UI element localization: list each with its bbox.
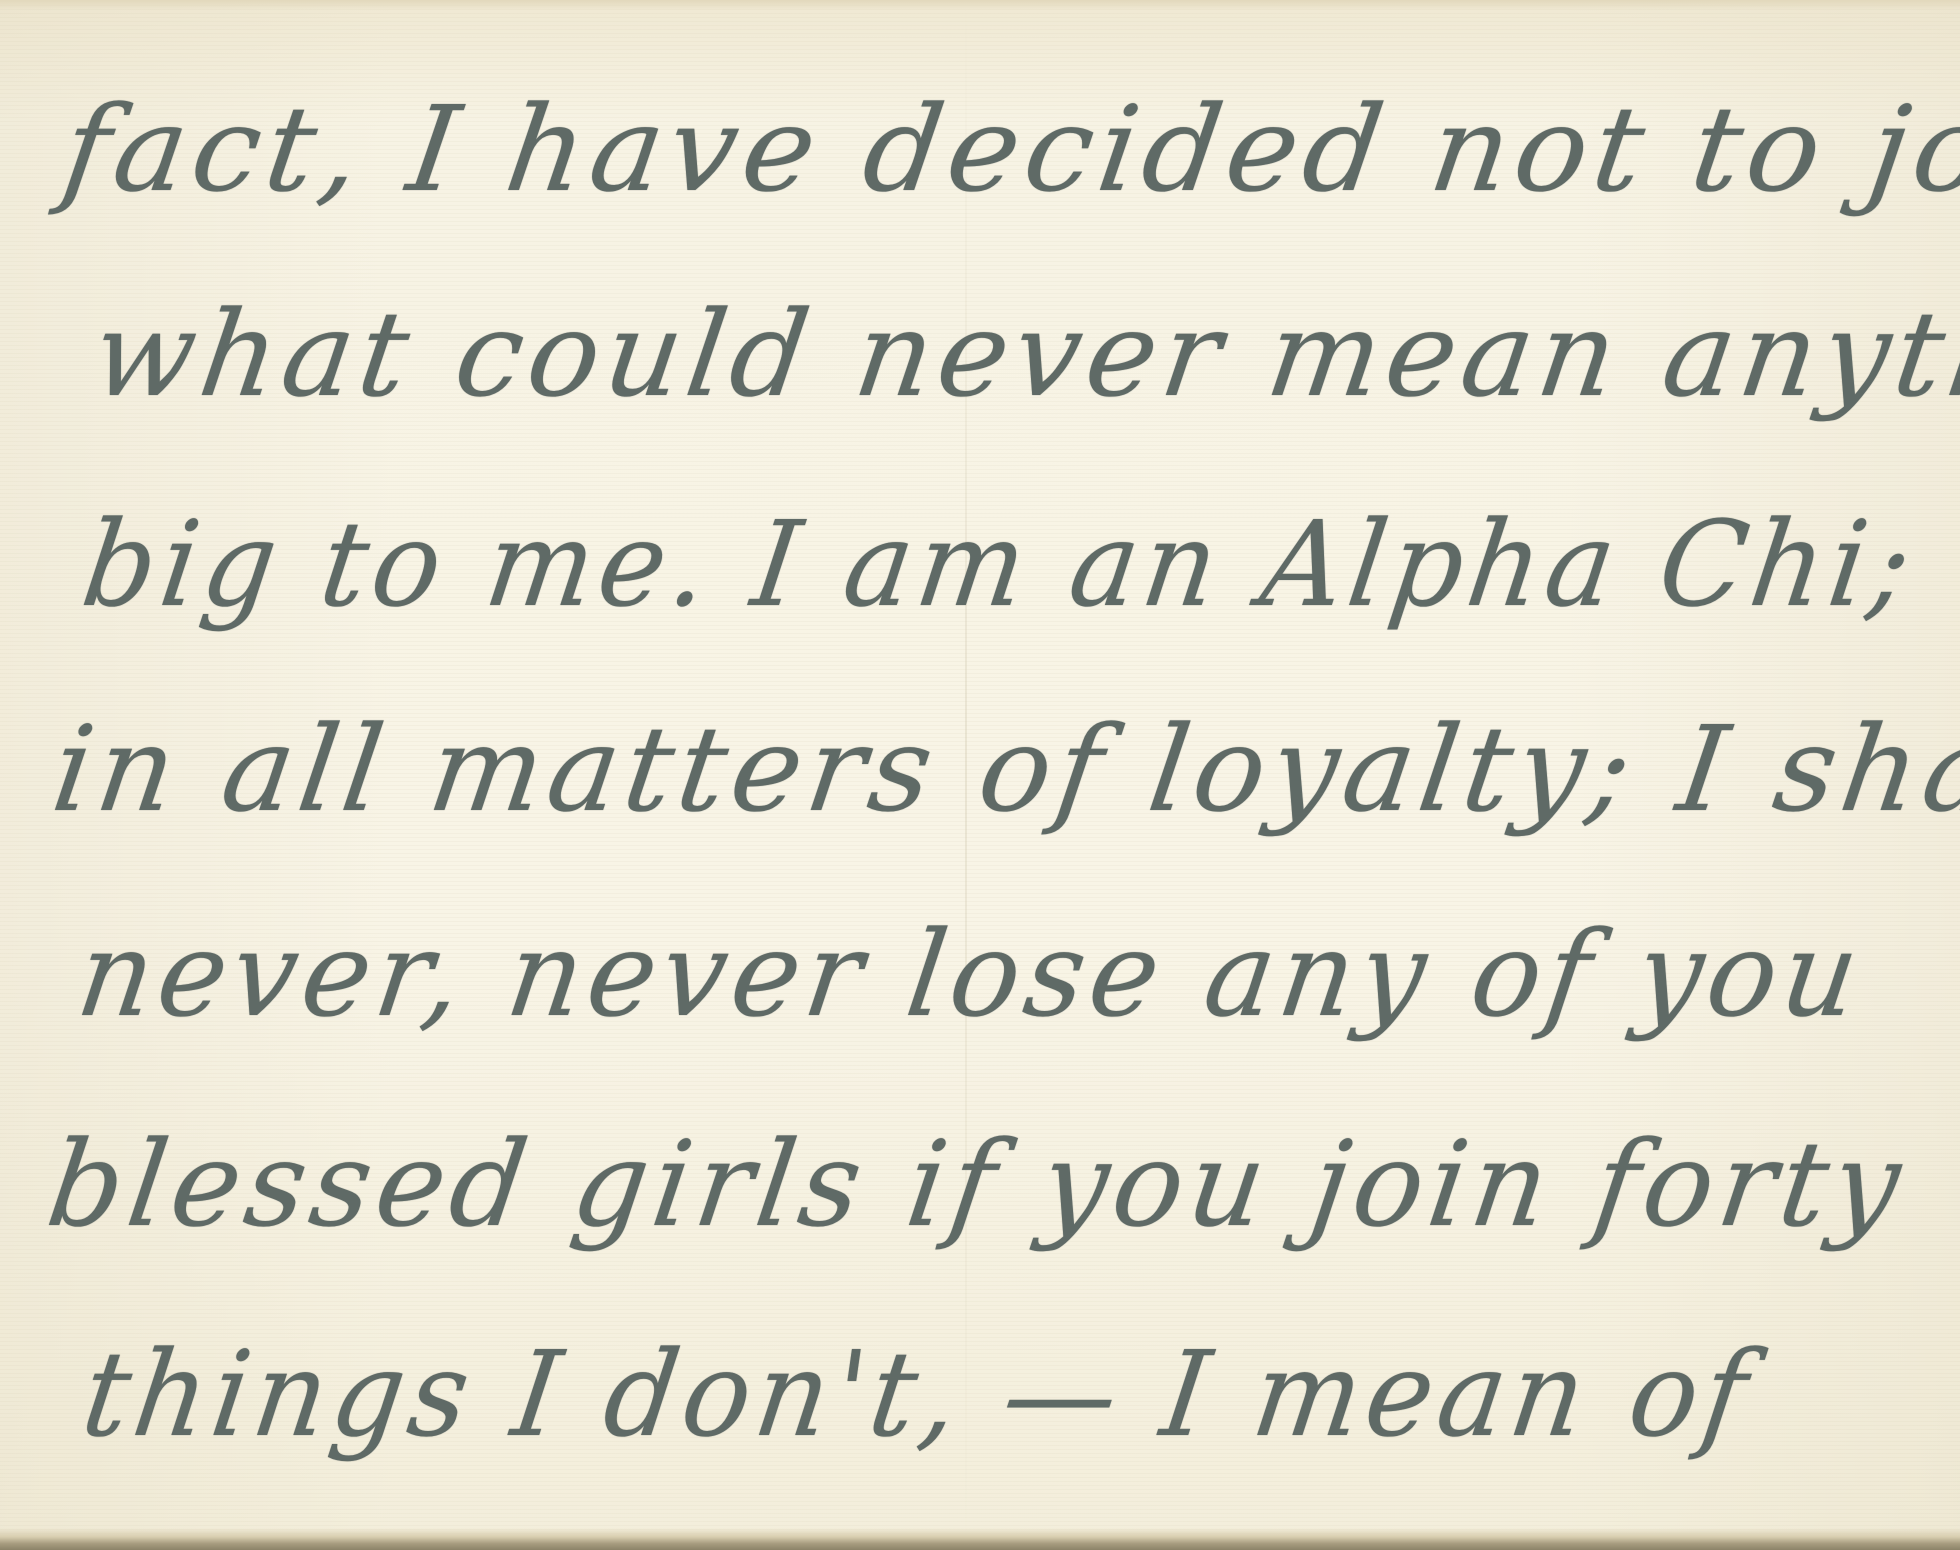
paper-torn-bottom-edge [0,1528,1960,1550]
handwritten-line-7: things I don't, — I mean of [75,1325,1761,1463]
handwritten-line-6: blessed girls if you join forty [40,1115,1914,1253]
handwritten-line-4: in all matters of loyalty; I shall [45,700,1960,838]
paper-top-edge [0,0,1960,10]
handwritten-line-3: big to me. I am an Alpha Chi; [75,495,1925,633]
handwritten-line-2: what could never mean anything [85,285,1960,423]
letter-page: fact, I have decided not to join what co… [0,0,1960,1550]
handwritten-line-1: fact, I have decided not to join [55,80,1960,218]
handwritten-line-5: never, never lose any of you [70,905,1872,1043]
